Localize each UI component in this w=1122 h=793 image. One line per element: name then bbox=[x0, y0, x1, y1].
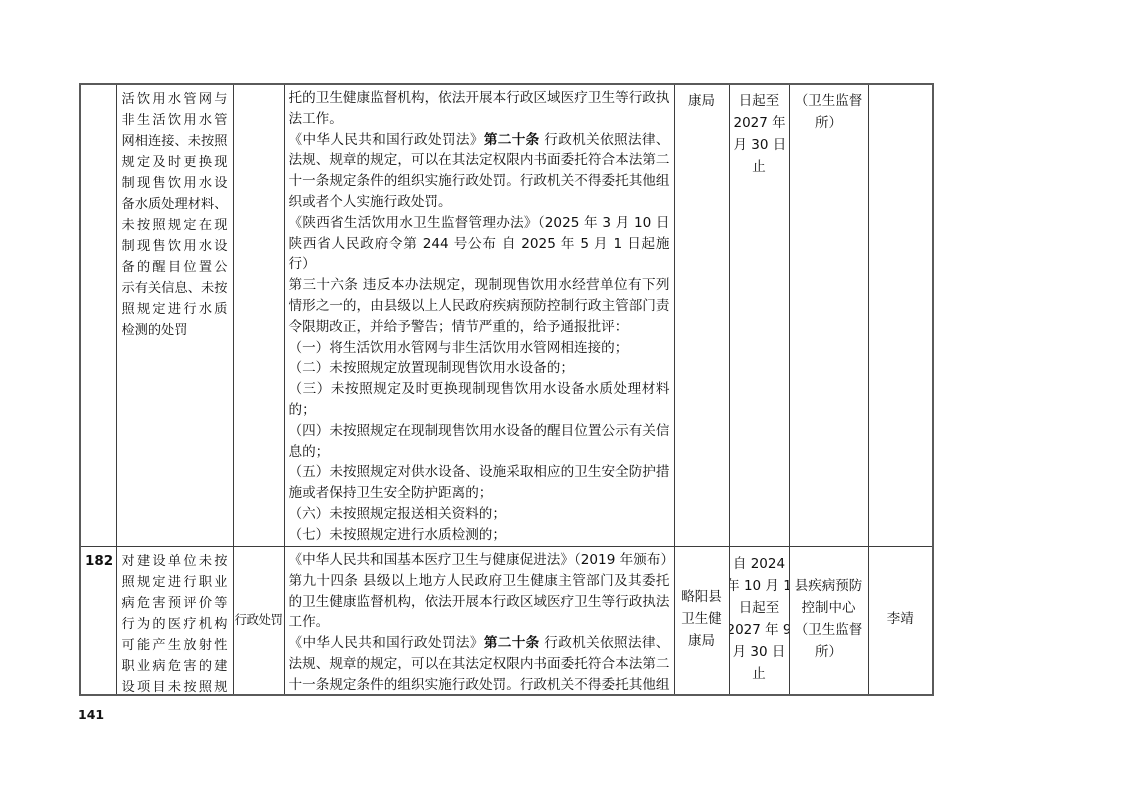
delegation-period-text: 日起至2027 年 9月 30 日止 bbox=[730, 85, 789, 546]
cell-implementing-agency: 略阳县卫生健康局 bbox=[674, 547, 729, 696]
delegation-period-text: 自 2024年 10 月 1日起至2027 年 9月 30 日止 bbox=[730, 547, 789, 690]
cell-penalty-item: 活饮用水管网与非生活饮用水管网相连接、未按照规定及时更换现制现售饮用水设备水质处… bbox=[116, 84, 233, 547]
penalty-type-text bbox=[234, 85, 284, 545]
legal-basis-text: 《中华人民共和国基本医疗卫生与健康促进法》（2019 年颁布）第九十四条 县级以… bbox=[285, 547, 674, 693]
legal-basis-text: 托的卫生健康监督机构，依法开展本行政区域医疗卫生等行政执法工作。《中华人民共和国… bbox=[285, 85, 674, 544]
delegated-organization-text: 县疾病预防控制中心（卫生监督所） bbox=[790, 547, 868, 690]
cell-contact-person bbox=[868, 84, 933, 547]
cell-delegation-period: 自 2024年 10 月 1日起至2027 年 9月 30 日止 bbox=[729, 547, 789, 696]
implementing-agency-text: 康局 bbox=[675, 85, 729, 546]
contact-person-text: 李靖 bbox=[869, 547, 933, 690]
cell-contact-person: 李靖 bbox=[868, 547, 933, 696]
cell-implementing-agency: 康局 bbox=[674, 84, 729, 547]
delegated-organization-text: （卫生监督所） bbox=[790, 85, 868, 546]
page-number: 141 bbox=[78, 707, 104, 722]
table-row: 活饮用水管网与非生活饮用水管网相连接、未按照规定及时更换现制现售饮用水设备水质处… bbox=[80, 84, 933, 547]
cell-legal-basis: 《中华人民共和国基本医疗卫生与健康促进法》（2019 年颁布）第九十四条 县级以… bbox=[284, 547, 674, 696]
cell-delegated-organization: （卫生监督所） bbox=[789, 84, 868, 547]
cell-penalty-type bbox=[233, 84, 284, 547]
document-page: { "page": { "number": "141" }, "table": … bbox=[0, 0, 1122, 793]
penalty-type-text: 行政处罚 bbox=[234, 547, 284, 690]
serial-number: 182 bbox=[81, 547, 116, 694]
cell-delegation-period: 日起至2027 年 9月 30 日止 bbox=[729, 84, 789, 547]
penalty-items-table: 活饮用水管网与非生活饮用水管网相连接、未按照规定及时更换现制现售饮用水设备水质处… bbox=[79, 83, 934, 696]
cell-serial-number bbox=[80, 84, 116, 547]
cell-legal-basis: 托的卫生健康监督机构，依法开展本行政区域医疗卫生等行政执法工作。《中华人民共和国… bbox=[284, 84, 674, 547]
table-row: 182 对建设单位未按照规定进行职业病危害预评价等行为的医疗机构可能产生放射性职… bbox=[80, 547, 933, 696]
contact-person-text bbox=[869, 85, 933, 545]
cell-serial-number: 182 bbox=[80, 547, 116, 696]
cell-penalty-item: 对建设单位未按照规定进行职业病危害预评价等行为的医疗机构可能产生放射性职业病危害… bbox=[116, 547, 233, 696]
implementing-agency-text: 略阳县卫生健康局 bbox=[675, 547, 729, 690]
serial-number bbox=[81, 85, 116, 545]
cell-penalty-type: 行政处罚 bbox=[233, 547, 284, 696]
penalty-item-text: 对建设单位未按照规定进行职业病危害预评价等行为的医疗机构可能产生放射性职业病危害… bbox=[117, 547, 233, 694]
cell-delegated-organization: 县疾病预防控制中心（卫生监督所） bbox=[789, 547, 868, 696]
penalty-item-text: 活饮用水管网与非生活饮用水管网相连接、未按照规定及时更换现制现售饮用水设备水质处… bbox=[117, 85, 233, 545]
